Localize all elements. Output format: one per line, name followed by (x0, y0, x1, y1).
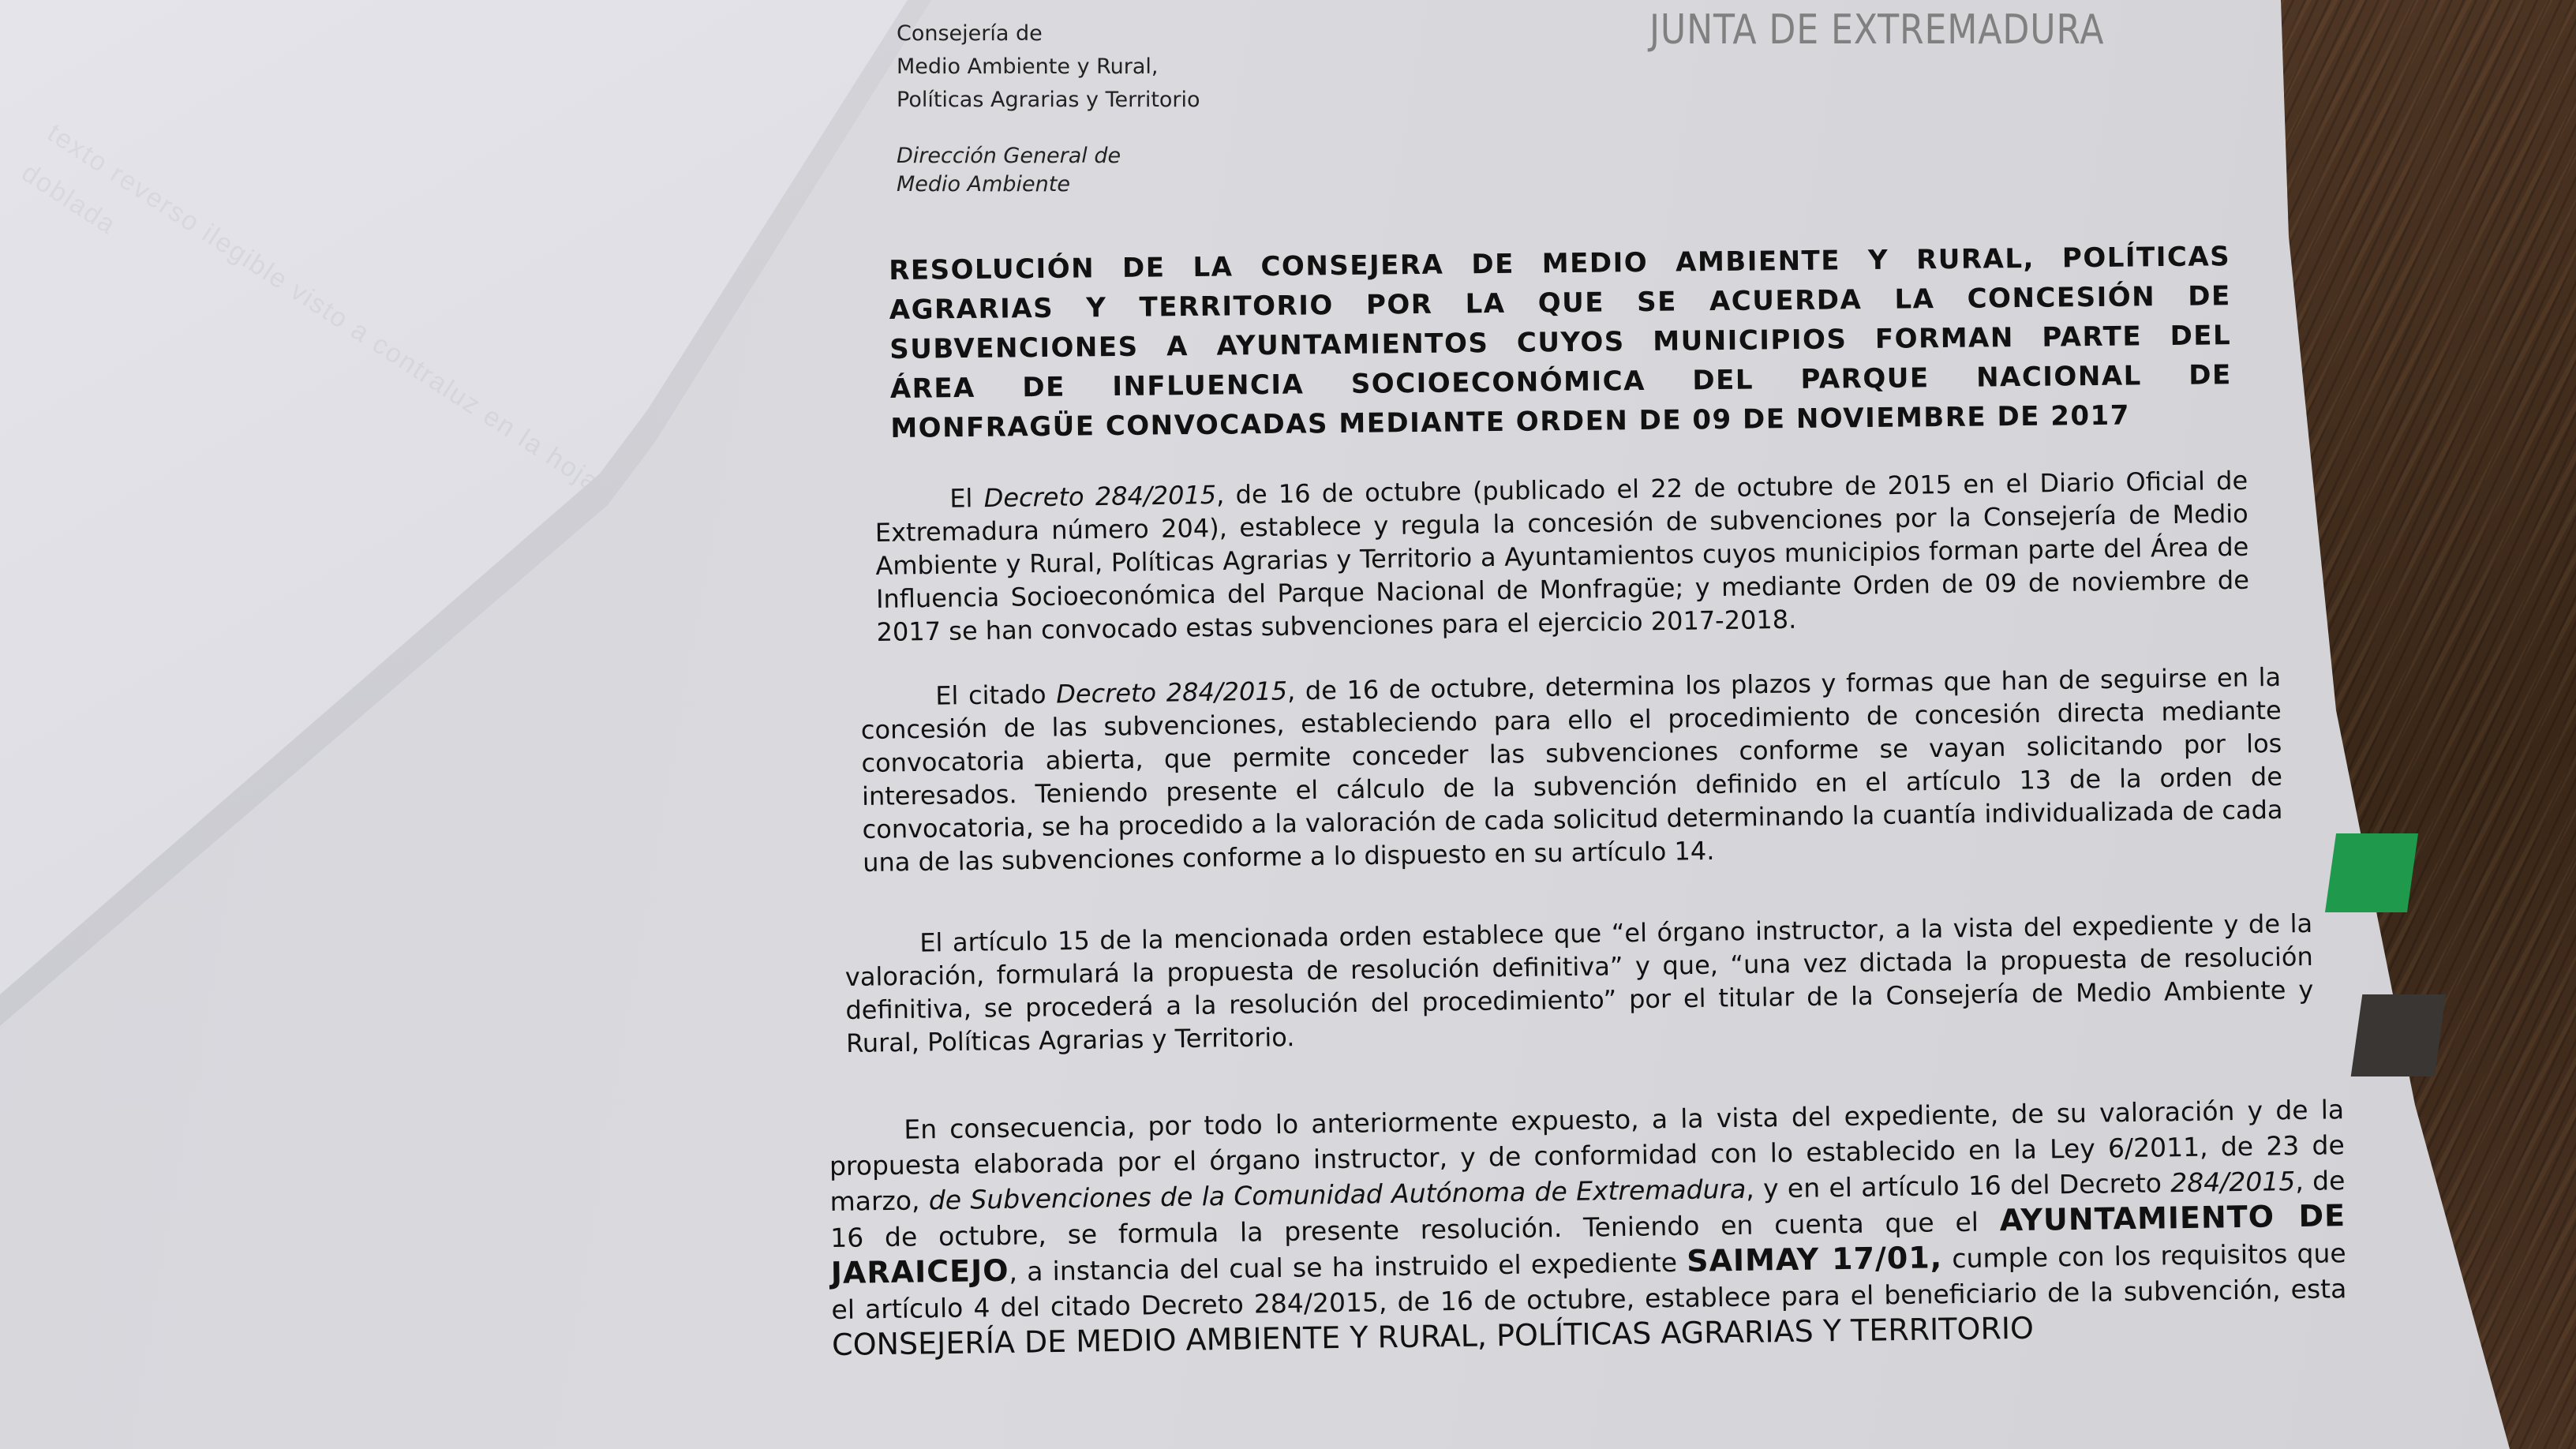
paragraph-4: En consecuencia, por todo lo anteriormen… (829, 1091, 2347, 1364)
department-line: Políticas Agrarias y Territorio (897, 84, 1200, 117)
text: El citado (935, 680, 1056, 711)
text: , y en el artículo 16 del Decreto (1746, 1167, 2171, 1204)
junta-brand-logo: JUNTA DE EXTREMADURA (1649, 6, 2104, 54)
resolution-title: RESOLUCIÓN DE LA CONSEJERA DE MEDIO AMBI… (889, 237, 2233, 448)
text: , a instancia del cual se ha instruido e… (1009, 1247, 1687, 1287)
text: El artículo 15 de la mencionada orden es… (844, 907, 2314, 1060)
paragraph-3: El artículo 15 de la mencionada orden es… (844, 907, 2314, 1060)
directorate-line: Medio Ambiente (897, 170, 1200, 199)
file-id: SAIMAY 17/01, (1687, 1240, 1943, 1279)
law-title: de Subvenciones de la Comunidad Autónoma… (929, 1174, 1747, 1215)
directorate-line: Dirección General de (897, 142, 1200, 170)
directorate: Dirección General de Medio Ambiente (897, 142, 1200, 199)
document-page: Consejería de Medio Ambiente y Rural, Po… (821, 0, 2320, 1449)
department-header: Consejería de Medio Ambiente y Rural, Po… (897, 17, 1200, 199)
paragraph-2: El citado Decreto 284/2015, de 16 de oct… (860, 661, 2283, 879)
text: El (949, 483, 984, 514)
dark-color-swatch (2351, 994, 2447, 1076)
decree-reference: Decreto 284/2015 (1056, 676, 1287, 709)
department-line: Medio Ambiente y Rural, (897, 51, 1200, 84)
decree-reference: 284/2015 (2170, 1166, 2296, 1198)
department-line: Consejería de (897, 17, 1200, 51)
decree-reference: Decreto 284/2015 (983, 480, 1216, 513)
green-color-swatch (2325, 833, 2418, 912)
paragraph-1: El Decreto 284/2015, de 16 de octubre (p… (874, 464, 2250, 649)
